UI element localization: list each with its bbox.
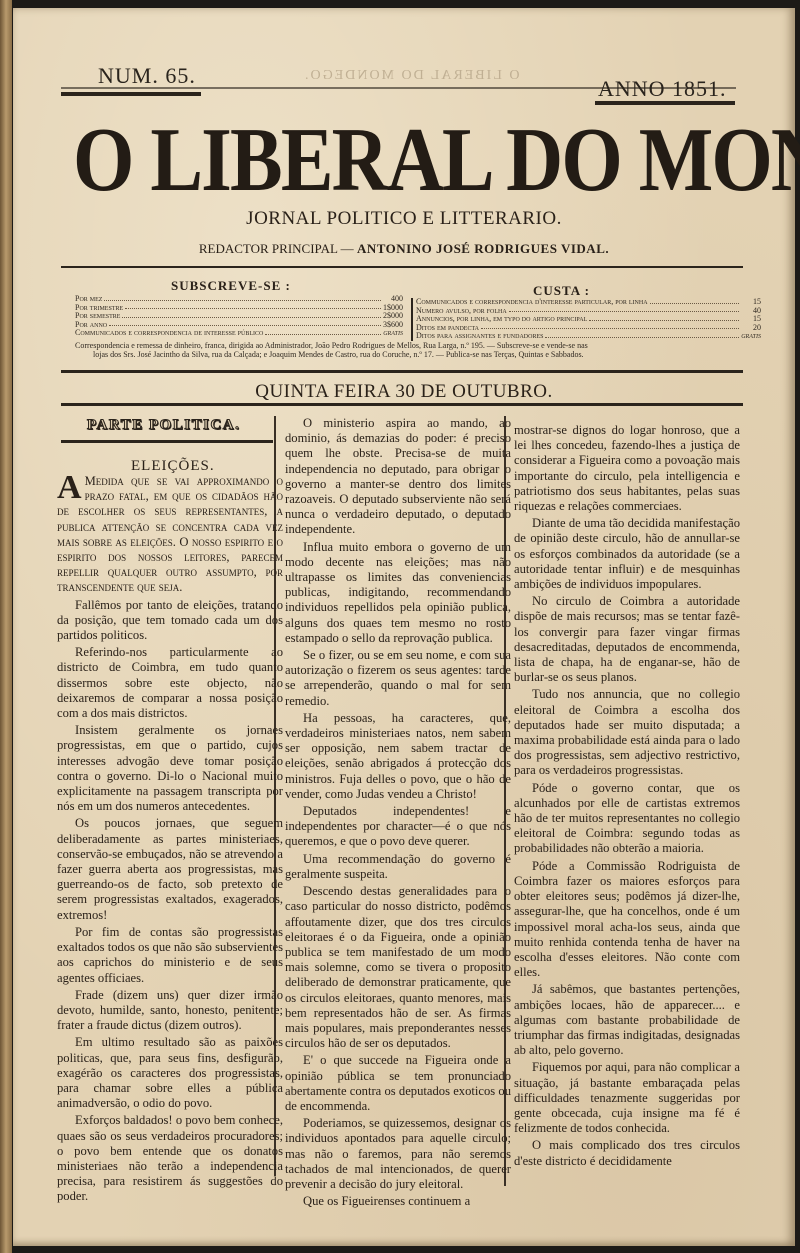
paragraph: Insistem geralmente os jornaes progressi… — [57, 723, 283, 814]
header-rule-top — [61, 87, 736, 89]
redactor-line: REDACTOR PRINCIPAL — ANTONINO JOSÉ RODRI… — [13, 241, 795, 257]
paragraph: O ministerio aspira ao mando, ao dominio… — [285, 416, 511, 538]
paragraph: Tudo nos annuncia, que no collegio eleit… — [514, 687, 740, 778]
subscription-title: SUBSCREVE-SE : — [171, 278, 291, 294]
paragraph: Frade (dizem uns) quer dizer irmão devot… — [57, 988, 283, 1034]
redactor-label: REDACTOR PRINCIPAL — — [199, 241, 354, 256]
paragraph: Poderiamos, se quizessemos, designar os … — [285, 1116, 511, 1192]
issue-number: NUM. 65. — [98, 63, 196, 89]
section-rule — [61, 440, 273, 443]
article-column-3: mostrar-se dignos do logar honroso, que … — [514, 423, 740, 1171]
paragraph: Ha pessoas, ha caracteres, que, verdadei… — [285, 711, 511, 802]
subscription-rule-top — [61, 266, 743, 268]
paragraph: Por fim de contas são progressistas exal… — [57, 925, 283, 986]
paragraph: Póde o governo contar, que os alcunhados… — [514, 781, 740, 857]
masthead-subtitle: JORNAL POLITICO E LITTERARIO. — [13, 208, 795, 230]
section-heading: PARTE POLITICA. — [87, 417, 240, 434]
paragraph: E' o que succede na Figueira onde a opin… — [285, 1053, 511, 1114]
paragraph: Em ultimo resultado são as paixões polit… — [57, 1035, 283, 1111]
masthead-title: O LIBERAL DO MONDEGO. — [73, 108, 712, 213]
price-row: Por semestre2$000 — [75, 312, 403, 321]
price-row: Ditos para assignantes e fundadoresgrati… — [416, 332, 761, 341]
paragraph: Diante de uma tão decidida manifestação … — [514, 516, 740, 592]
correspondence-line-2: lojas dos Srs. José Jacintho da Silva, r… — [75, 350, 755, 359]
paragraph: Fiquemos por aqui, para não complicar a … — [514, 1060, 740, 1136]
paragraph: Descendo destas generalidades para o cas… — [285, 884, 511, 1051]
paragraph: Já sabêmos, que bastantes pertenções, am… — [514, 982, 740, 1058]
paragraph: mostrar-se dignos do logar honroso, que … — [514, 423, 740, 514]
price-row: Communicados e correspondencia de intere… — [75, 329, 403, 338]
price-row: Por mez400 — [75, 295, 403, 304]
correspondence-notice: Correspondencia e remessa de dinheiro, f… — [75, 341, 755, 359]
paragraph: Que os Figueirenses continuem a — [285, 1194, 511, 1209]
paragraph: O mais complicado dos tres circulos d'es… — [514, 1138, 740, 1168]
paragraph: Referindo-nos particularmente ao distric… — [57, 645, 283, 721]
correspondence-line-1: Correspondencia e remessa de dinheiro, f… — [75, 341, 755, 350]
header-rule-right — [595, 101, 735, 105]
paragraph: Póde a Commissão Rodriguista de Coimbra … — [514, 859, 740, 981]
article-column-1: AMedida que se vai approximando o prazo … — [57, 474, 283, 1207]
date-rule-bottom — [61, 403, 743, 406]
price-row: Por trimestre1$000 — [75, 304, 403, 313]
book-spine — [0, 0, 12, 1253]
drop-cap: A — [57, 474, 85, 502]
header-rule-left — [61, 92, 201, 96]
paragraph: Influa muito embora o governo de um modo… — [285, 540, 511, 646]
mirrored-bleed-through: O LIBERAL DO MONDEGO. — [303, 68, 519, 84]
newspaper-page: O LIBERAL DO MONDEGO. NUM. 65. ANNO 1851… — [13, 8, 795, 1246]
paragraph: AMedida que se vai approximando o prazo … — [57, 474, 283, 596]
paragraph: No circulo de Coimbra a autoridade dispõ… — [514, 594, 740, 685]
subscription-price-table: Por mez400 Por trimestre1$000 Por semest… — [75, 295, 403, 338]
article-title: ELEIÇÕES. — [131, 458, 215, 475]
redactor-name: ANTONINO JOSÉ RODRIGUES VIDAL. — [357, 241, 609, 256]
paragraph: Uma recommendação do governo é geralment… — [285, 852, 511, 882]
paragraph: Deputados independentes! e independentes… — [285, 804, 511, 850]
paragraph: Os poucos jornaes, que seguem deliberada… — [57, 816, 283, 922]
paragraph: Se o fizer, ou se em seu nome, e com sua… — [285, 648, 511, 709]
costs-price-table: Communicados e correspondencia d'interes… — [411, 298, 761, 341]
issue-date: QUINTA FEIRA 30 DE OUTUBRO. — [13, 381, 795, 403]
paragraph: Exforços baldados! o povo bem conhece, q… — [57, 1113, 283, 1204]
issue-year: ANNO 1851. — [598, 76, 727, 102]
date-rule-top — [61, 370, 743, 373]
article-column-2: O ministerio aspira ao mando, ao dominio… — [285, 416, 511, 1211]
paragraph: Fallêmos por tanto de eleições, tratando… — [57, 598, 283, 644]
